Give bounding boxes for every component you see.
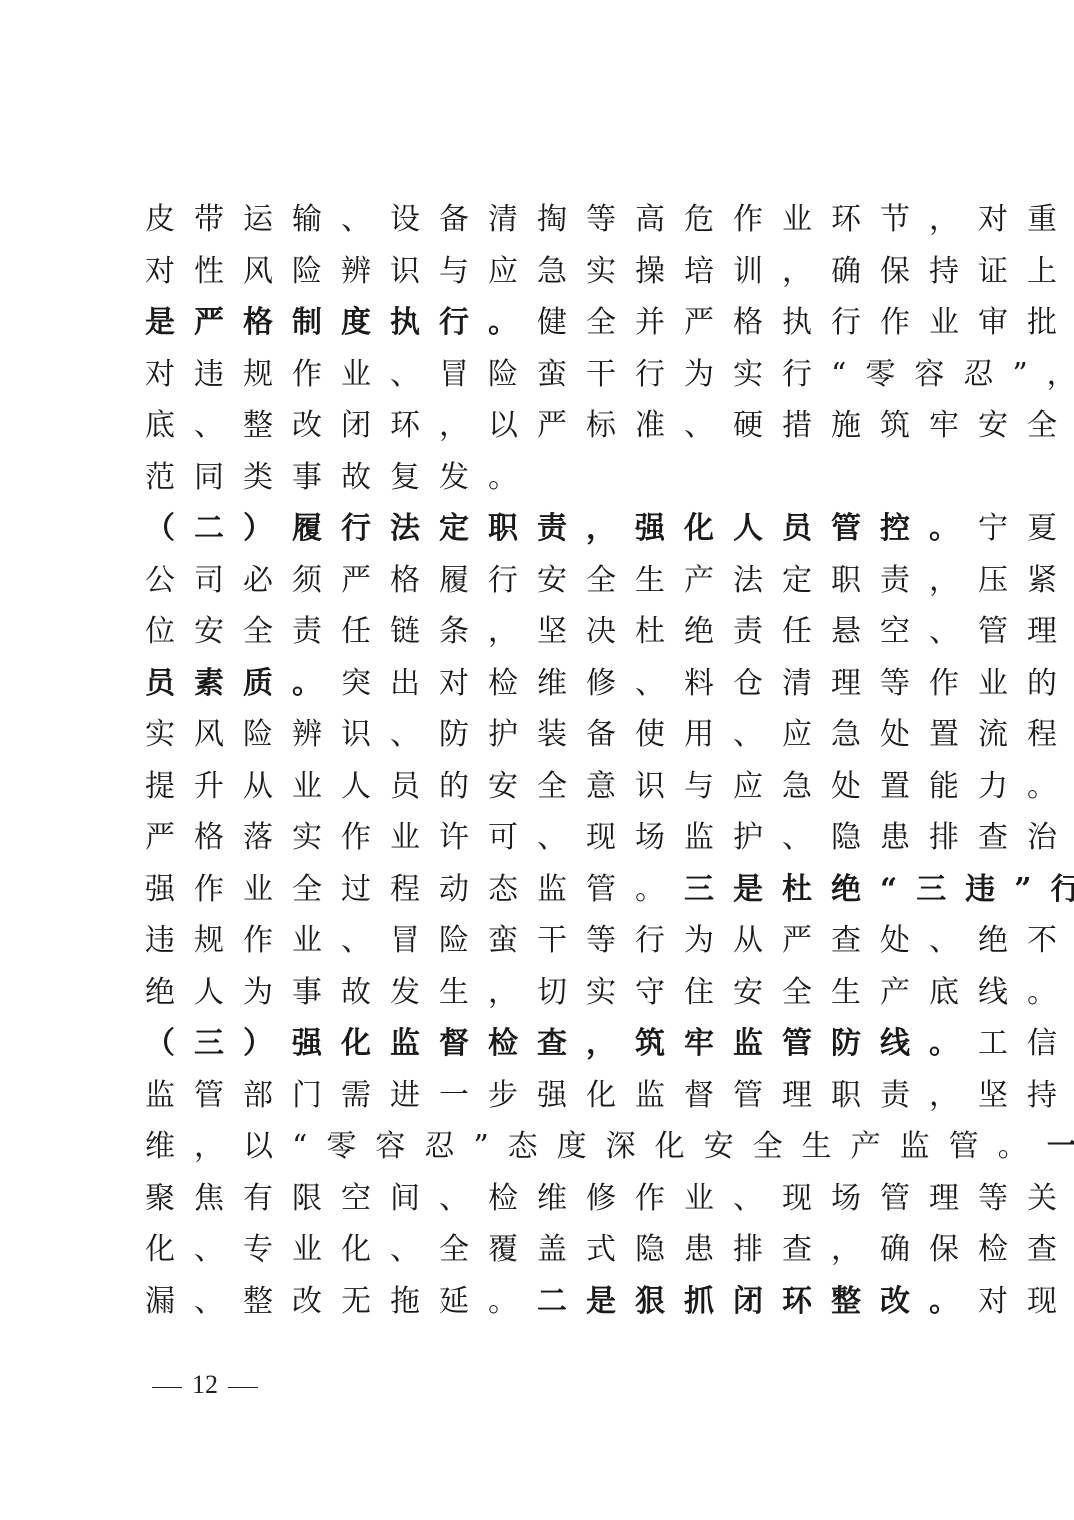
text-run: 聚焦有限空间、检维修作业、现场管理等关键环节，开展常态	[145, 1181, 1074, 1216]
text-line: 公司必须严格履行安全生产法定职责，压紧压实各层级、各岗	[145, 555, 945, 607]
text-line: 漏、整改无拖延。二是狠抓闭环整改。对现场防护缺失、警示	[145, 1276, 945, 1328]
text-line: 提升从业人员的安全意识与应急处置能力。二是严控作业过程。	[145, 761, 945, 813]
text-line: 实风险辨识、防护装备使用、应急处置流程等培训演练，切实	[145, 709, 945, 761]
text-line: 对违规作业、冒险蛮干行为实行“零容忍”，确保隐患排查见	[145, 349, 945, 401]
text-line: 绝人为事故发生，切实守住安全生产底线。	[145, 967, 945, 1019]
bold-text-run: 一是实施精准监管。	[1047, 1129, 1074, 1164]
page-footer: 12	[142, 1370, 268, 1400]
bold-text-run: 是严格制度执行。	[145, 305, 537, 340]
text-run: 范同类事故复发。	[145, 460, 537, 495]
text-line: 位安全责任链条，坚决杜绝责任悬空、管理失控。一是强化全	[145, 606, 945, 658]
text-run: 严格落实作业许可、现场监护、隐患排查治理等核心制度，加	[145, 820, 1074, 855]
text-line: 底、整改闭环，以严标准、硬措施筑牢安全生产防线，坚决防	[145, 400, 945, 452]
text-run: 维，以“零容忍”态度深化安全生产监管。	[145, 1129, 1047, 1164]
text-run: 工信、应急等相关	[978, 1026, 1074, 1061]
text-line: 员素质。突出对检维修、料仓清理等作业的专项培训，重点抓	[145, 658, 945, 710]
bold-text-run: 三是杜绝“三违”行为。	[684, 872, 1074, 907]
text-line: 对性风险辨识与应急实操培训，确保持证上岗、规范作业。三	[145, 246, 945, 298]
text-line: 聚焦有限空间、检维修作业、现场管理等关键环节，开展常态	[145, 1173, 945, 1225]
text-run: 化、专业化、全覆盖式隐患排查，确保检查无死角、隐患无遗	[145, 1232, 1074, 1267]
text-line: 范同类事故复发。	[145, 452, 945, 504]
text-run: 底、整改闭环，以严标准、硬措施筑牢安全生产防线，坚决防	[145, 408, 1074, 443]
text-run: 皮带运输、设备清掏等高危作业环节，对重点岗位人员开展针	[145, 202, 1074, 237]
text-line: 皮带运输、设备清掏等高危作业环节，对重点岗位人员开展针	[145, 194, 945, 246]
text-run: 监管部门需进一步强化监督管理职责，坚持问题导向与底线思	[145, 1078, 1074, 1113]
document-body: 皮带运输、设备清掏等高危作业环节，对重点岗位人员开展针 对性风险辨识与应急实操培…	[145, 194, 945, 1327]
section-heading-line: （二）履行法定职责，强化人员管控。宁夏烁翔煤业有限	[145, 503, 945, 555]
text-run: 位安全责任链条，坚决杜绝责任悬空、管理失控。	[145, 614, 1074, 649]
text-run: 健全并严格执行作业审批和现场监护制度，	[537, 305, 1074, 340]
section-heading-line: （三）强化监督检查，筑牢监管防线。工信、应急等相关	[145, 1018, 945, 1070]
page-number: 12	[192, 1370, 218, 1399]
text-run: 对现场防护缺失、警示	[978, 1284, 1074, 1319]
text-run: 提升从业人员的安全意识与应急处置能力。	[145, 769, 1074, 804]
text-run: 宁夏烁翔煤业有限	[978, 511, 1074, 546]
text-run: 公司必须严格履行安全生产法定职责，压紧压实各层级、各岗	[145, 563, 1074, 598]
document-page: 皮带运输、设备清掏等高危作业环节，对重点岗位人员开展针 对性风险辨识与应急实操培…	[0, 0, 1074, 1520]
text-line: 违规作业、冒险蛮干等行为从严查处、绝不姑息，从源头上杜	[145, 915, 945, 967]
text-run: 突出对检维修、料仓清理等作业的专项培训，重点抓	[341, 666, 1074, 701]
bold-text-run: 二是狠抓闭环整改。	[537, 1284, 978, 1319]
text-line: 严格落实作业许可、现场监护、隐患排查治理等核心制度，加	[145, 812, 945, 864]
text-line: 维，以“零容忍”态度深化安全生产监管。一是实施精准监管。	[145, 1121, 945, 1173]
text-run: 强作业全过程动态监管。	[145, 872, 684, 907]
text-run: 实风险辨识、防护装备使用、应急处置流程等培训演练，切实	[145, 717, 1074, 752]
text-run: 对违规作业、冒险蛮干行为实行“零容忍”，确保隐患排查见	[145, 357, 1074, 392]
text-run: 违规作业、冒险蛮干等行为从严查处、绝不姑息，从源头上杜	[145, 923, 1074, 958]
bold-text-run: 员素质。	[145, 666, 341, 701]
text-line: 化、专业化、全覆盖式隐患排查，确保检查无死角、隐患无遗	[145, 1224, 945, 1276]
text-run: 对性风险辨识与应急实操培训，确保持证上岗、规范作业。	[145, 254, 1074, 289]
text-line: 强作业全过程动态监管。三是杜绝“三违”行为。对违章指挥、	[145, 864, 945, 916]
text-run: 漏、整改无拖延。	[145, 1284, 537, 1319]
text-line: 是严格制度执行。健全并严格执行作业审批和现场监护制度，	[145, 297, 945, 349]
em-dash-left	[152, 1387, 182, 1388]
section-heading-three: （三）强化监督检查，筑牢监管防线。	[145, 1026, 978, 1061]
text-run: 绝人为事故发生，切实守住安全生产底线。	[145, 975, 1074, 1010]
section-heading-two: （二）履行法定职责，强化人员管控。	[145, 511, 978, 546]
text-line: 监管部门需进一步强化监督管理职责，坚持问题导向与底线思	[145, 1070, 945, 1122]
em-dash-right	[228, 1387, 258, 1388]
